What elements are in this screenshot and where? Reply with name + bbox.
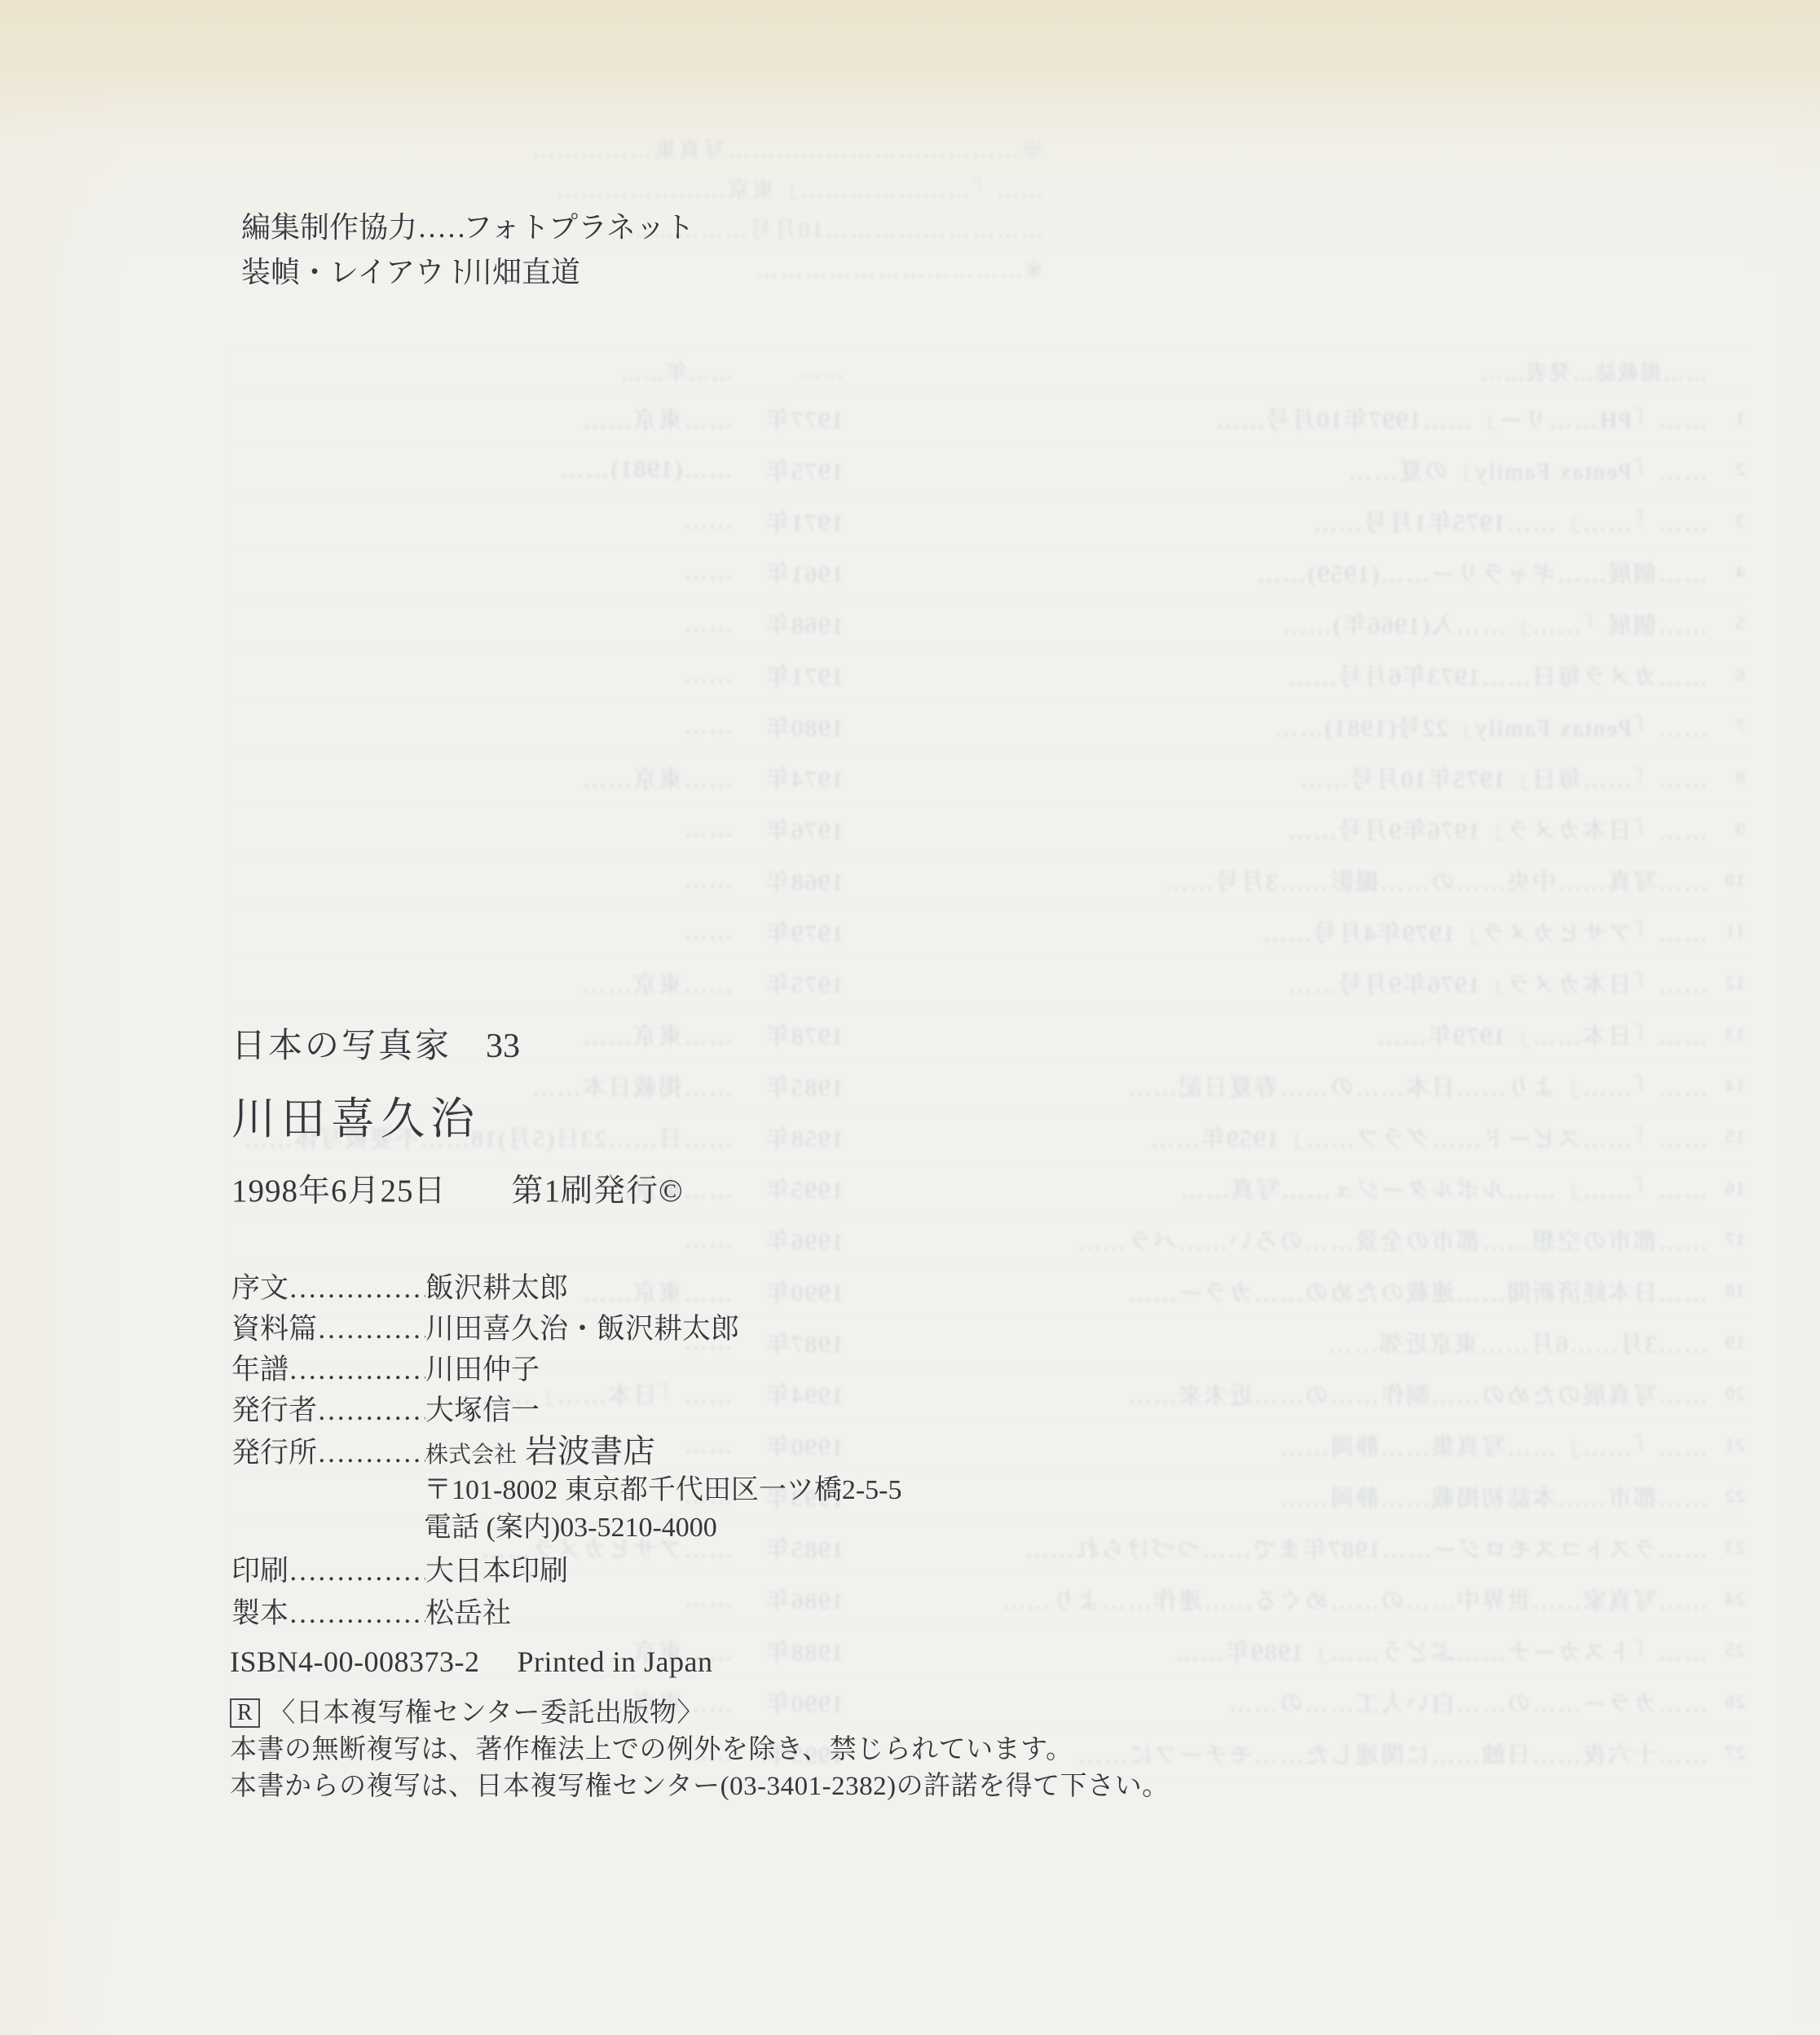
ghost-row: 8……「……毎日」1975年10月号……1974年……東京…… <box>227 752 1745 804</box>
credit-label: 資料篇 <box>231 1309 317 1350</box>
ghost-row: 11……「アサヒカメラ」1979年4月号……1979年…… <box>227 906 1745 958</box>
credit-row: 序文…………………………………… 飯沢耕太郎 <box>231 1268 965 1309</box>
rights-line2: 本書の無断複写は、著作権法上での例外を除き、禁じられています。 <box>230 1732 1170 1769</box>
credit-label: 製本 <box>231 1592 289 1635</box>
credit-label: 発行所 <box>231 1433 317 1473</box>
credit-label: 印刷 <box>231 1550 289 1592</box>
ghost-row: 1……「PH……リー」……1997年10月号……1977年……東京…… <box>227 393 1745 444</box>
dot-leader: …………………………………… <box>417 205 463 250</box>
dot-leader: …………………………………… <box>317 1433 425 1473</box>
colophon-page: ※………………………………写真集…………………「…………………」東京………………… <box>0 0 1820 2035</box>
ghost-row: 17……都市の空想……都市の全景……のろい……バラ……1996年…… <box>227 1214 1745 1266</box>
credit-value: 川田喜久治・飯沢耕太郎 <box>425 1309 739 1350</box>
credit-row: 発行者…………………………………… 大塚信一 <box>231 1390 965 1431</box>
isbn-line: ISBN4-00-008373-2Printed in Japan <box>230 1645 712 1679</box>
credit-label: 編集制作協力 <box>241 205 417 250</box>
dot-leader: …………………………………… <box>289 1592 425 1635</box>
credit-row: 年譜…………………………………… 川田仲子 <box>231 1350 965 1390</box>
ghost-row: 9……「日本カメラ」1976年9月号……1976年…… <box>227 804 1745 855</box>
ghost-row: 7……「Pentax Family」22号(1981)……1980年…… <box>227 701 1745 752</box>
credit-value: 川田仲子 <box>425 1350 540 1390</box>
publisher-name: 岩波書店 <box>525 1431 655 1472</box>
credit-value: 松岳社 <box>425 1592 511 1635</box>
credit-value: 川畑直道 <box>463 250 580 295</box>
publisher-phone: 電話 (案内)03-5210-4000 <box>424 1509 901 1547</box>
dot-leader: …………………………………… <box>289 1268 425 1309</box>
dot-leader: …………………………………… <box>317 1309 425 1350</box>
ghost-row: 2……「Pentax Family」の夏……1975年……(1981)…… <box>227 444 1745 496</box>
r-mark: R <box>230 1698 260 1728</box>
rights-line1: R〈日本複写権センター委託出版物〉 <box>230 1695 1170 1732</box>
ghost-line: ……「…………………」東京………………… <box>489 170 1043 210</box>
series-number: 33 <box>486 1028 520 1065</box>
rights-line3: 本書からの複写は、日本複写権センター(03-3401-2382)の許諾を得て下さ… <box>230 1769 1170 1805</box>
production-credit-row: 編集制作協力…………………………………… フォトプラネット <box>241 205 763 250</box>
credit-value: 飯沢耕太郎 <box>425 1268 568 1309</box>
production-credit-row: 装幀・レイアウト…………………………………… 川畑直道 <box>241 250 763 295</box>
title-block: 日本の写真家33 川田喜久治 <box>231 1019 520 1147</box>
print-credits: 印刷…………………………………… 大日本印刷 製本…………………………………… … <box>231 1550 802 1635</box>
ghost-row: ……掲載誌…発表………………年…… <box>227 350 1745 393</box>
credit-value: フォトプラネット <box>463 205 694 250</box>
publisher-contact: 〒101-8002 東京都千代田区一ツ橋2-5-5 電話 (案内)03-5210… <box>424 1472 901 1547</box>
ghost-row: 6……カメラ毎日……1973年6月号……1971年…… <box>227 650 1745 701</box>
credit-label: 序文 <box>231 1268 289 1309</box>
copyright-notice: R〈日本複写権センター委託出版物〉 本書の無断複写は、著作権法上での例外を除き、… <box>230 1695 1170 1805</box>
credit-label: 発行者 <box>231 1390 317 1431</box>
dot-leader: …………………………………… <box>317 1390 425 1431</box>
publisher-prefix: 株式会社 <box>425 1435 517 1476</box>
ghost-row: 3……「……」……1975年1月号……1971年…… <box>227 496 1745 547</box>
credit-value: 大塚信一 <box>425 1390 540 1431</box>
ghost-row: 10……写真……中央……の……撮影……3月号……1968年…… <box>227 855 1745 906</box>
credit-row: 印刷…………………………………… 大日本印刷 <box>231 1550 802 1592</box>
credit-row: 製本…………………………………… 松岳社 <box>231 1592 802 1635</box>
author-name: 川田喜久治 <box>231 1084 520 1147</box>
credit-row-publisher: 発行所…………………………………… 株式会社 岩波書店 <box>231 1431 965 1476</box>
production-credits: 編集制作協力…………………………………… フォトプラネット 装幀・レイアウト……… <box>241 205 763 295</box>
rights-entrust: 〈日本複写権センター委託出版物〉 <box>268 1698 704 1728</box>
edition-line: 1998年6月25日 第1刷発行© <box>231 1165 684 1211</box>
dot-leader: …………………………………… <box>289 1350 425 1390</box>
publication-credits: 序文…………………………………… 飯沢耕太郎 資料篇……………………………………… <box>231 1268 965 1476</box>
credit-value: 大日本印刷 <box>425 1550 568 1592</box>
printed-in-japan: Printed in Japan <box>517 1645 712 1678</box>
ghost-row: 4……個展……ギャラリー……(1959)……1961年…… <box>227 547 1745 598</box>
credit-label: 年譜 <box>231 1350 289 1390</box>
ghost-row: 5……個展「……」……入(1966年)……1968年…… <box>227 598 1745 650</box>
series-title: 日本の写真家 <box>231 1028 452 1065</box>
publisher-address: 〒101-8002 東京都千代田区一ツ橋2-5-5 <box>424 1472 901 1509</box>
isbn-number: ISBN4-00-008373-2 <box>230 1645 479 1678</box>
ghost-line: ※………………………………写真集…………… <box>489 130 1043 170</box>
series-title-line: 日本の写真家33 <box>231 1019 520 1068</box>
dot-leader: …………………………………… <box>289 1550 425 1592</box>
credit-row: 資料篇…………………………………… 川田喜久治・飯沢耕太郎 <box>231 1309 965 1350</box>
ghost-row: 12……「日本カメラ」1976年9月号……1975年……東京…… <box>227 958 1745 1009</box>
credit-label: 装幀・レイアウト <box>241 250 463 295</box>
